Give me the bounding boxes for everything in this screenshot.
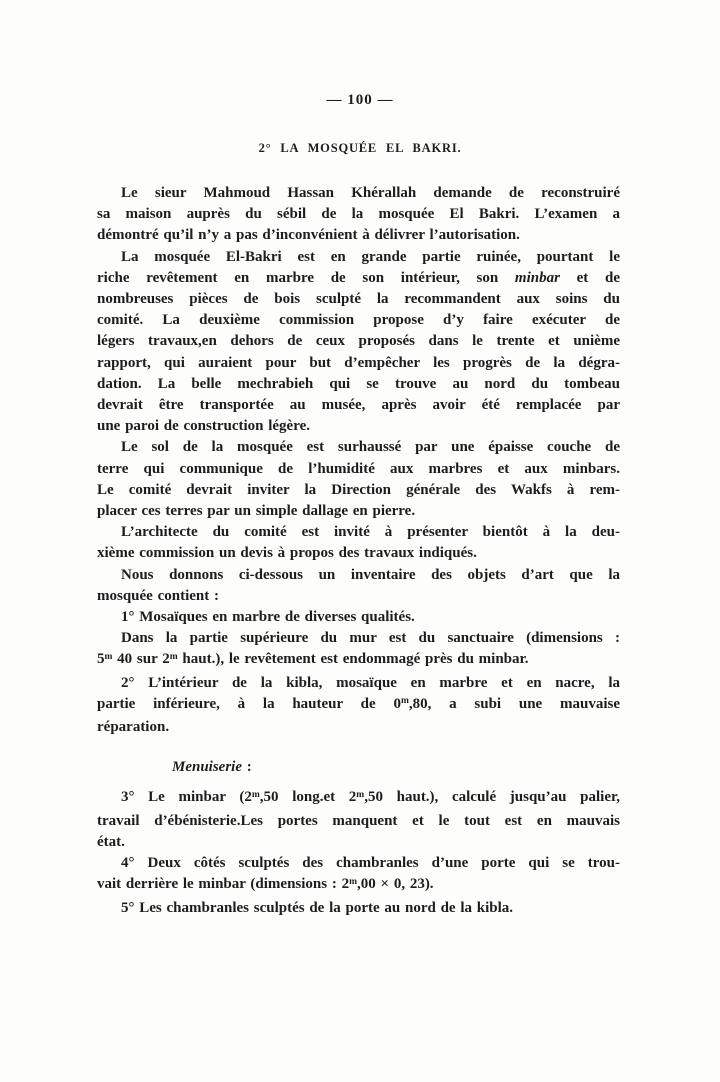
plain-text: : (242, 759, 252, 775)
superscript-text: m (401, 696, 409, 706)
plain-text: et de (560, 270, 620, 286)
superscript-text: m (252, 790, 260, 800)
superscript-text: m (170, 652, 178, 662)
paragraph: Nous donnons ci-dessous un inventaire de… (97, 565, 620, 607)
text-line: vait derrière le minbar (dimensions : 2m… (97, 874, 620, 897)
paragraph: L’architecte du comité est invité à prés… (97, 522, 620, 564)
paragraph: 1° Mosaïques en marbre de diverses quali… (97, 607, 620, 628)
superscript-text: m (356, 790, 364, 800)
text-line: 3° Le minbar (2m,50 long.et 2m,50 haut.)… (97, 787, 620, 810)
paragraph: Dans la partie supérieure du mur est du … (97, 628, 620, 672)
paragraph: 5° Les chambranles sculptés de la porte … (97, 898, 620, 919)
text-line: légers travaux,en dehors de ceux proposé… (97, 331, 620, 352)
text-line: Dans la partie supérieure du mur est du … (97, 628, 620, 649)
subsection-title: Menuiserie : (172, 757, 620, 778)
paragraph: Le sol de la mosquée est surhaussé par u… (97, 437, 620, 522)
text-line: Le comité devrait inviter la Direction g… (97, 480, 620, 501)
text-line: comité. La deuxième commission propose d… (97, 310, 620, 331)
superscript-text: m (105, 652, 113, 662)
text-line: 4° Deux côtés sculptés des chambranles d… (97, 853, 620, 874)
paragraph: Le sieur Mahmoud Hassan Khérallah demand… (97, 183, 620, 247)
scanned-document-page: — 100 — 2° LA MOSQUÉE EL BAKRI. Le sieur… (0, 0, 720, 1082)
text-line: 5° Les chambranles sculptés de la porte … (97, 898, 620, 919)
plain-text: ,50 haut.), calculé jusqu’au palier, (364, 789, 620, 805)
text-line: dation. La belle mechrabieh qui se trouv… (97, 374, 620, 395)
text-line: état. (97, 832, 620, 853)
plain-text: ,00 × 0, 23). (357, 876, 434, 892)
plain-text: partie inférieure, à la hauteur de 0 (97, 696, 401, 712)
paragraph: 2° L’intérieur de la kibla, mosaïque en … (97, 673, 620, 739)
text-line: Le sieur Mahmoud Hassan Khérallah demand… (97, 183, 620, 204)
text-line: mosquée contient : (97, 586, 620, 607)
paragraph: 4° Deux côtés sculptés des chambranles d… (97, 853, 620, 897)
text-line: Le sol de la mosquée est surhaussé par u… (97, 437, 620, 458)
paragraph: 3° Le minbar (2m,50 long.et 2m,50 haut.)… (97, 787, 620, 853)
plain-text: riche revêtement en marbre de son intéri… (97, 270, 515, 286)
text-line: réparation. (97, 717, 620, 738)
text-line: sa maison auprès du sébil de la mosquée … (97, 204, 620, 225)
text-line: 5m 40 sur 2m haut.), le revêtement est e… (97, 649, 620, 672)
text-line: une paroi de construction légère. (97, 416, 620, 437)
text-line: 2° L’intérieur de la kibla, mosaïque en … (97, 673, 620, 694)
plain-text: ,80, a subi une mauvaise (409, 696, 620, 712)
text-line: La mosquée El-Bakri est en grande partie… (97, 247, 620, 268)
text-line: placer ces terres par un simple dallage … (97, 501, 620, 522)
plain-text: vait derrière le minbar (dimensions : 2 (97, 876, 349, 892)
italic-text: Menuiserie (172, 759, 242, 775)
text-line: Menuiserie : (172, 757, 620, 778)
text-block: Le sieur Mahmoud Hassan Khérallah demand… (97, 183, 620, 919)
text-line: démontré qu’il n’y a pas d’inconvénient … (97, 225, 620, 246)
text-line: rapport, qui auraient pour but d’empêche… (97, 353, 620, 374)
section-heading: 2° LA MOSQUÉE EL BAKRI. (0, 141, 720, 156)
text-line: Nous donnons ci-dessous un inventaire de… (97, 565, 620, 586)
text-line: nombreuses pièces de bois sculpté la rec… (97, 289, 620, 310)
text-line: travail d’ébénisterie.Les portes manquen… (97, 811, 620, 832)
page-number: — 100 — (0, 92, 720, 109)
text-line: devrait être transportée au musée, après… (97, 395, 620, 416)
text-line: partie inférieure, à la hauteur de 0m,80… (97, 694, 620, 717)
text-line: terre qui communique de l’humidité aux m… (97, 459, 620, 480)
plain-text: haut.), le revêtement est endommagé près… (178, 651, 529, 667)
paragraph: La mosquée El-Bakri est en grande partie… (97, 247, 620, 438)
text-line: xième commission un devis à propos des t… (97, 543, 620, 564)
plain-text: 3° Le minbar (2 (121, 789, 252, 805)
superscript-text: m (349, 877, 357, 887)
text-line: L’architecte du comité est invité à prés… (97, 522, 620, 543)
text-line: riche revêtement en marbre de son intéri… (97, 268, 620, 289)
italic-text: minbar (515, 270, 560, 286)
plain-text: 5 (97, 651, 105, 667)
plain-text: ,50 long.et 2 (260, 789, 357, 805)
text-line: 1° Mosaïques en marbre de diverses quali… (97, 607, 620, 628)
plain-text: 40 sur 2 (112, 651, 169, 667)
